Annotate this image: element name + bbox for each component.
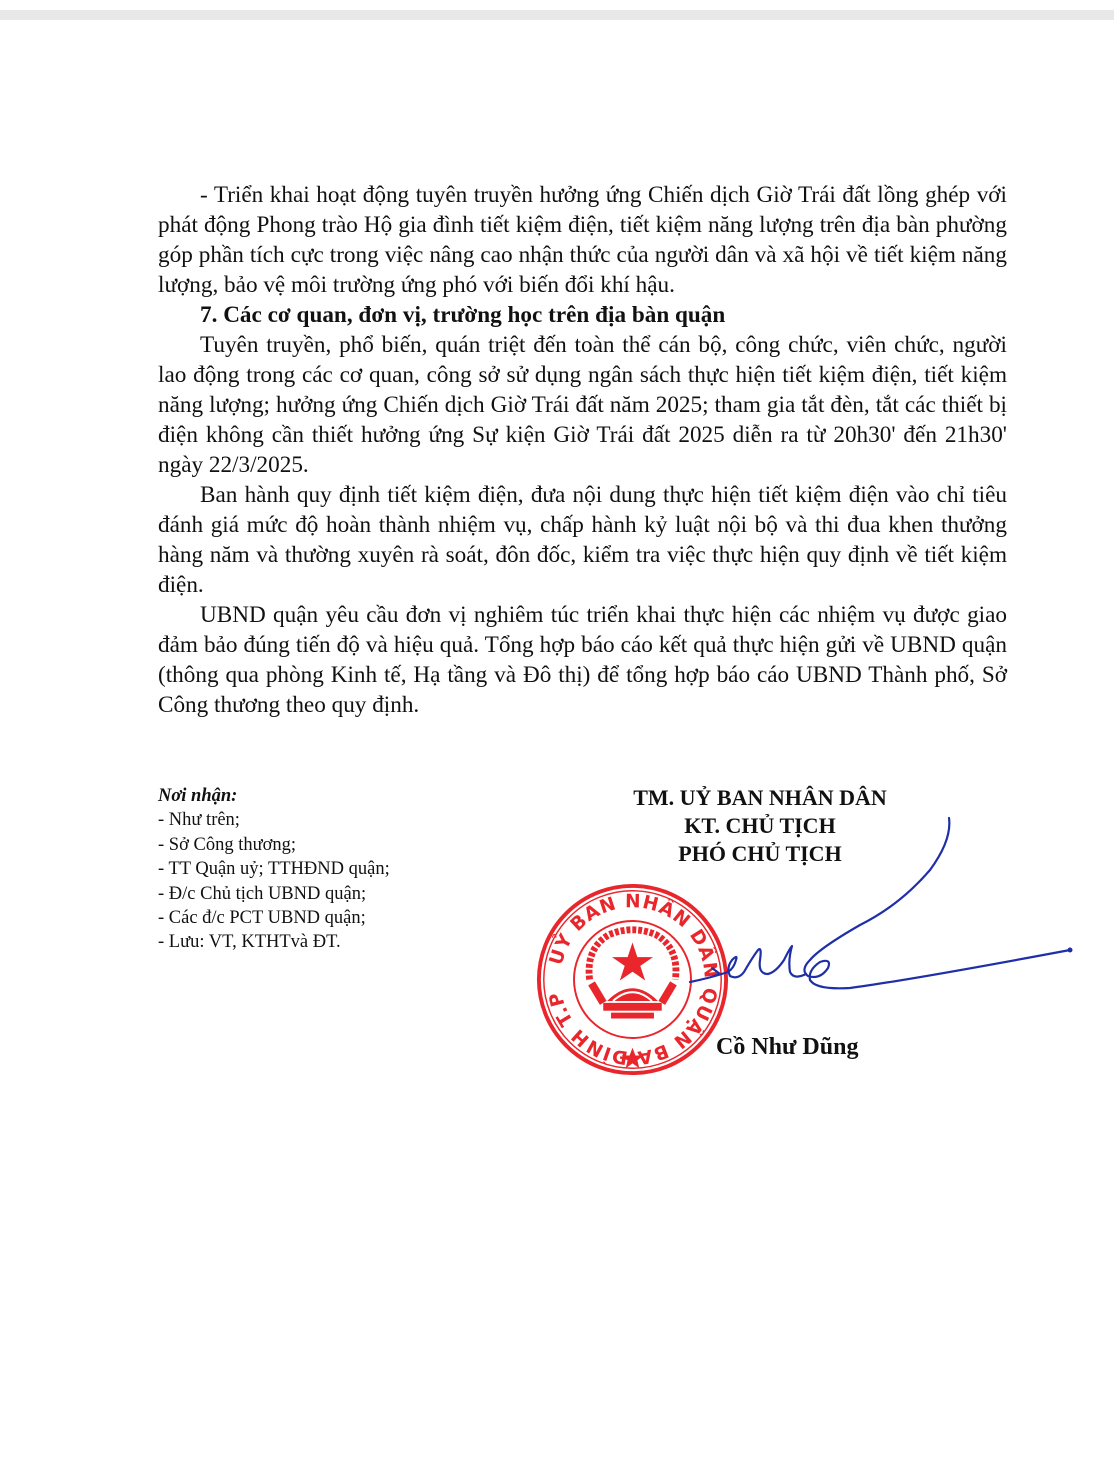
recipient-item: - Đ/c Chủ tịch UBND quận; [158, 882, 390, 906]
handwritten-signature-icon [660, 810, 1080, 1010]
signature-line-org: TM. UỶ BAN NHÂN DÂN [560, 784, 960, 812]
recipient-item: - Như trên; [158, 808, 390, 832]
recipient-item: - Sở Công thương; [158, 833, 390, 857]
signer-name: Cồ Như Dũng [716, 1032, 858, 1062]
top-band [0, 10, 1114, 20]
paragraph-request: UBND quận yêu cầu đơn vị nghiêm túc triể… [158, 600, 1007, 720]
section-heading-7: 7. Các cơ quan, đơn vị, trường học trên … [158, 300, 1007, 330]
paragraph-propaganda: Tuyên truyền, phổ biến, quán triệt đến t… [158, 330, 1007, 480]
recipient-item: - TT Quận uỷ; TTHĐND quận; [158, 857, 390, 881]
recipients-title: Nơi nhận: [158, 784, 390, 808]
paragraph-energy-campaign: - Triển khai hoạt động tuyên truyền hưởn… [158, 180, 1007, 300]
recipients-list: Nơi nhận: - Như trên; - Sở Công thương; … [158, 784, 390, 955]
recipient-item: - Các đ/c PCT UBND quận; [158, 906, 390, 930]
recipient-item: - Lưu: VT, KTHTvà ĐT. [158, 930, 390, 954]
document-body: - Triển khai hoạt động tuyên truyền hưởn… [158, 180, 1007, 720]
paragraph-regulation: Ban hành quy định tiết kiệm điện, đưa nộ… [158, 480, 1007, 600]
